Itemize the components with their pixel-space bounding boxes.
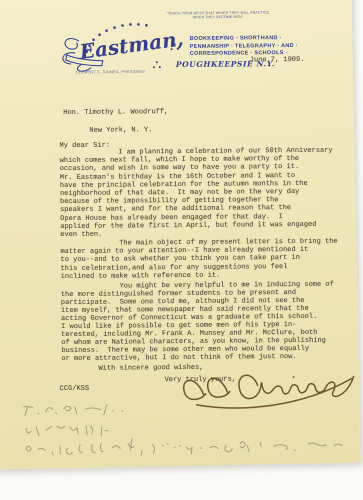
letter-content: "TEACH YOUR BOYS THAT WHICH THEY WILL PR…	[0, 0, 363, 500]
recipient-name: Hon. Timothy L. Woodruff,	[63, 108, 168, 117]
typist-initials: CCG/KSS	[60, 385, 89, 393]
scanned-letter: "TEACH YOUR BOYS THAT WHICH THEY WILL PR…	[0, 0, 363, 500]
pencil-shorthand-notes	[12, 393, 358, 464]
paragraph-1: I am planning a celebration of our 50th …	[60, 147, 334, 240]
paragraph-2: The main object of my present letter is …	[60, 238, 338, 281]
letter-date: June 7, 1909.	[250, 56, 305, 65]
letterhead-president: CLEMENT C. GAINES, PRESIDENT	[76, 70, 146, 74]
school-name-wordmark: Eastman,	[77, 26, 185, 64]
recipient-city: New York, N. Y.	[89, 126, 152, 135]
